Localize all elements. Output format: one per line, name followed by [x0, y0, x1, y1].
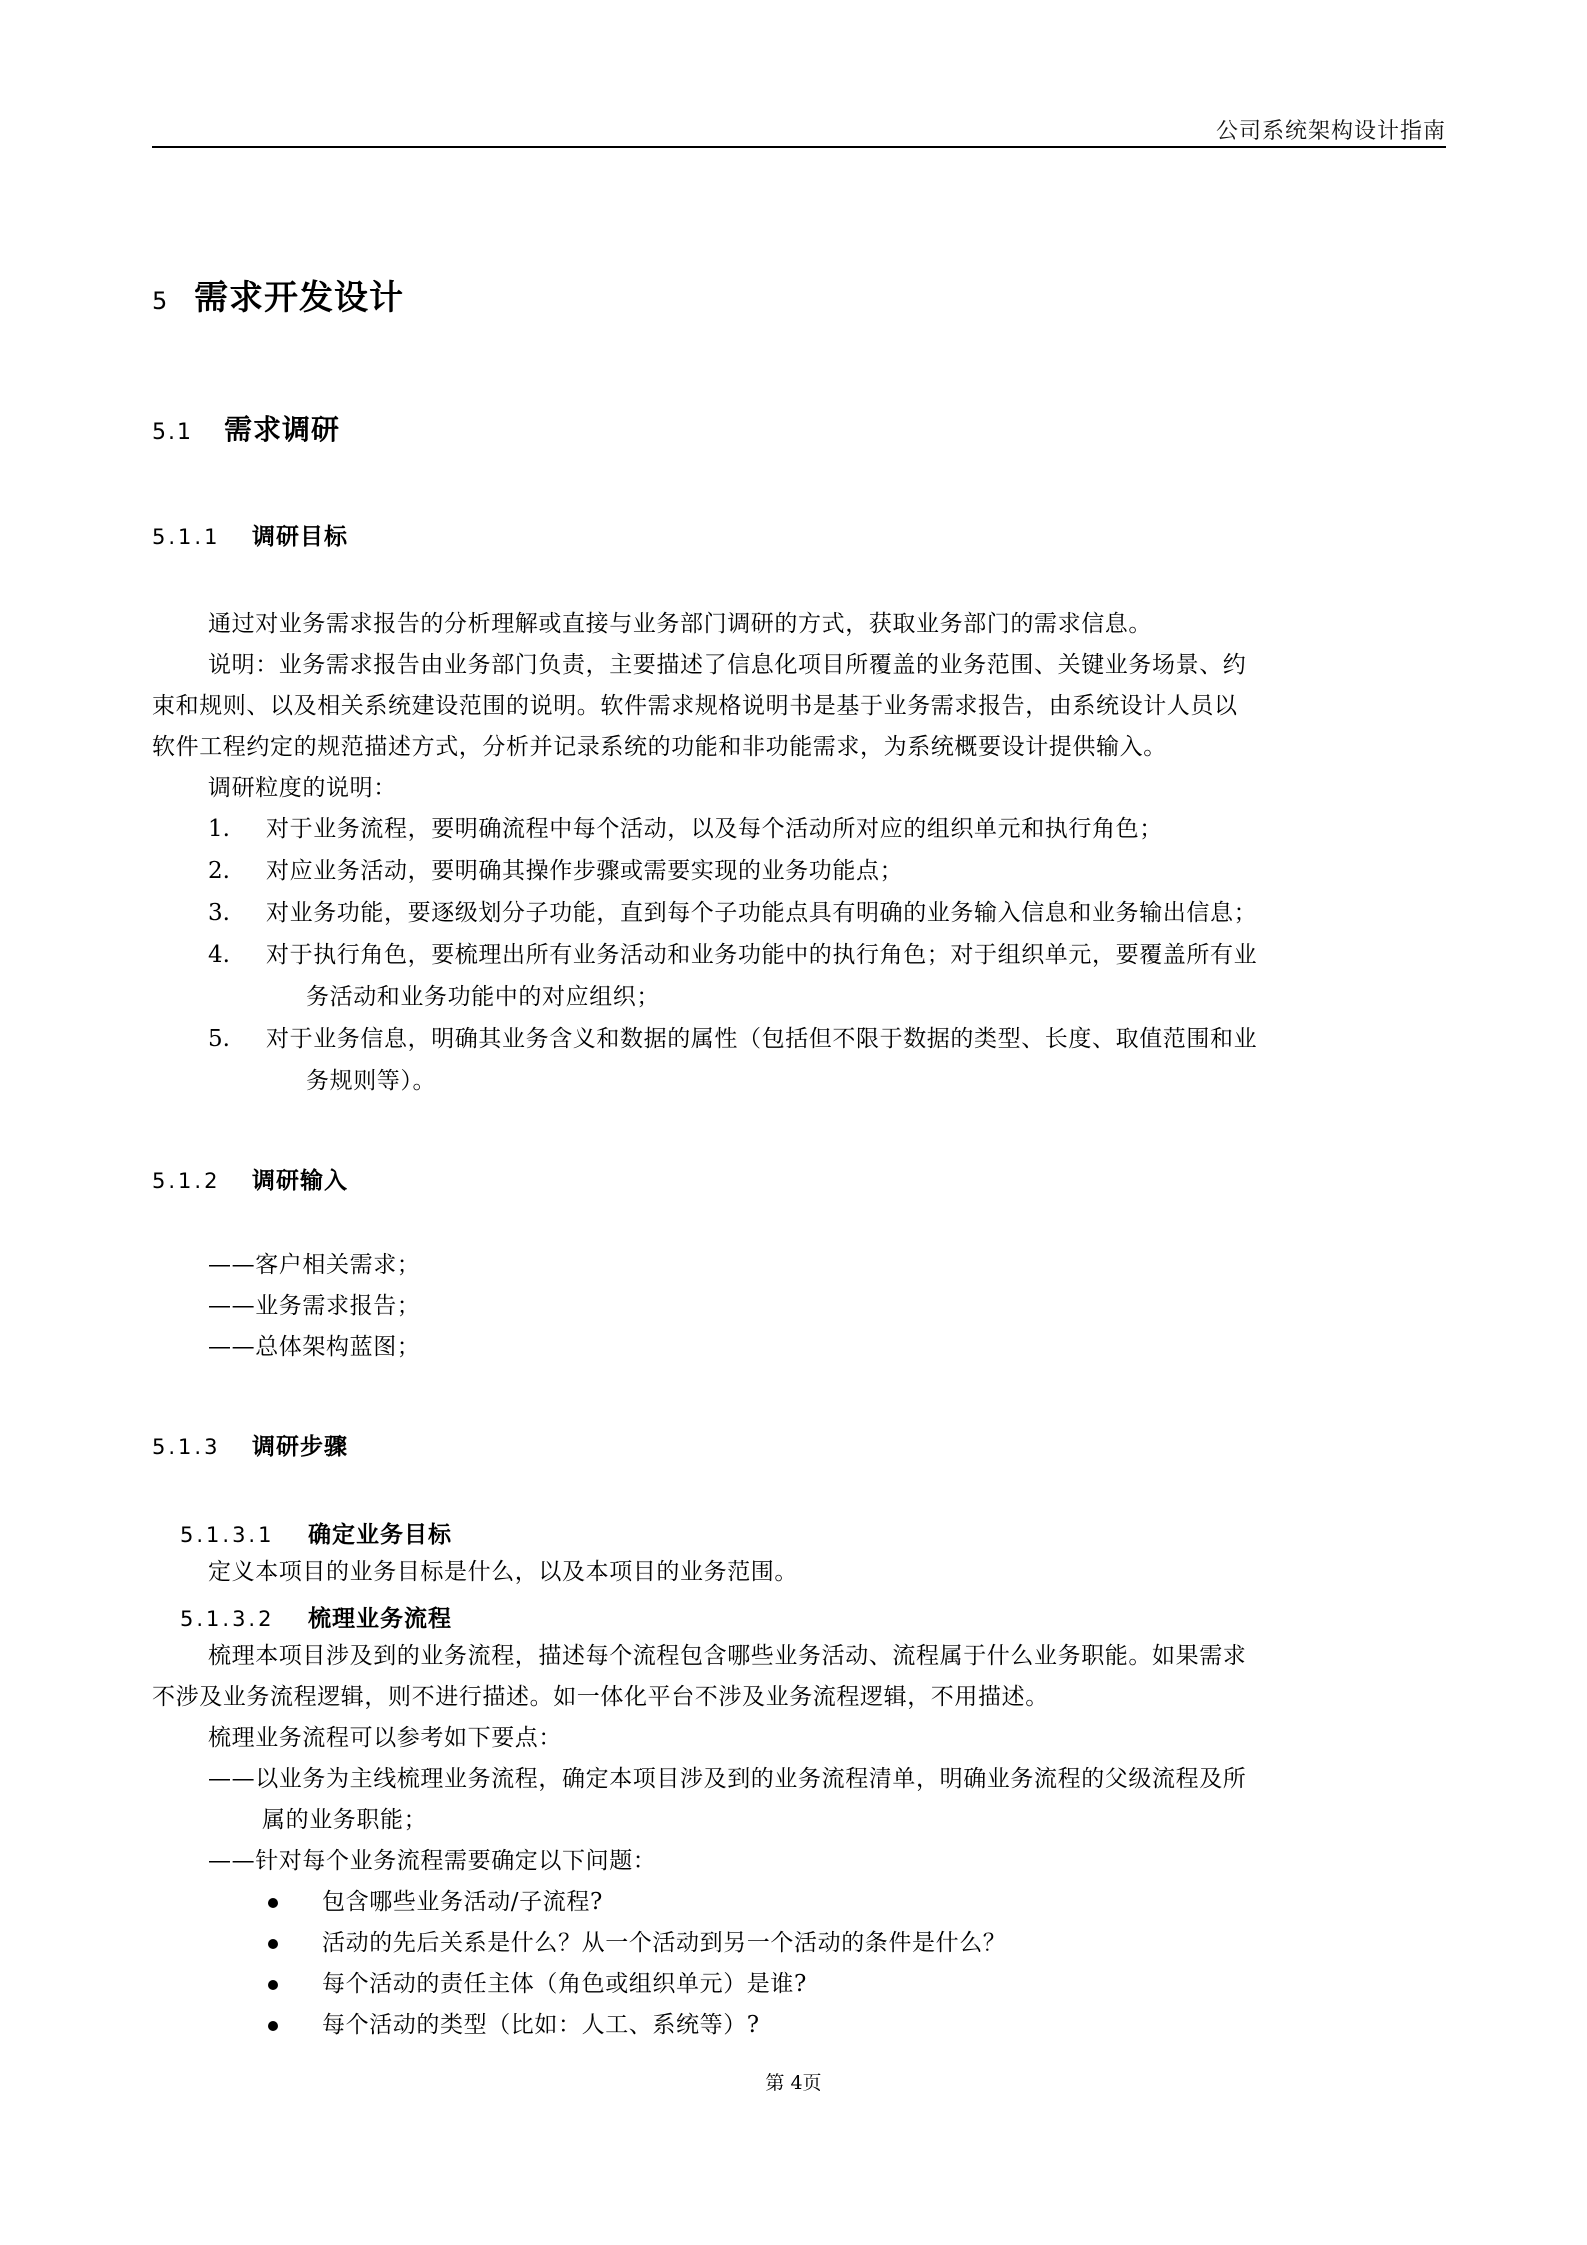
section-heading-5-1-3: 5.1.3 调研步骤 [152, 1428, 348, 1461]
bullet-item: 包含哪些业务活动/子流程? [322, 1887, 603, 1917]
section-heading-5-1-1: 5.1.1 调研目标 [152, 518, 348, 551]
bullet-item: 每个活动的责任主体（角色或组织单元）是谁? [322, 1969, 807, 1999]
bullet-item: 活动的先后关系是什么？从一个活动到另一个活动的条件是什么？ [322, 1928, 1006, 1958]
section-number: 5.1.3.1 [180, 1523, 308, 1547]
section-heading-5-1-3-2: 5.1.3.2 梳理业务流程 [180, 1600, 452, 1633]
section-number: 5.1.3.2 [180, 1607, 308, 1631]
section-heading-5-1-2: 5.1.2 调研输入 [152, 1162, 348, 1195]
list-number: 2. [208, 856, 230, 886]
section-title: 调研输入 [252, 1162, 348, 1195]
paragraph-line: 束和规则、以及相关系统建设范围的说明。软件需求规格说明书是基于业务需求报告，由系… [152, 691, 1238, 721]
input-item: ——业务需求报告； [208, 1291, 420, 1321]
list-item: 对于业务流程，要明确流程中每个活动，以及每个活动所对应的组织单元和执行角色； [266, 814, 1163, 844]
list-number: 1. [208, 814, 230, 844]
dash-item-continuation: 属的业务职能； [262, 1805, 427, 1835]
chapter-number: 5 [152, 287, 194, 315]
list-item: 对应业务活动，要明确其操作步骤或需要实现的业务功能点； [266, 856, 903, 886]
section-number: 5.1.1 [152, 525, 252, 549]
section-title: 梳理业务流程 [308, 1600, 452, 1633]
list-number: 3. [208, 898, 230, 928]
section-number: 5.1.2 [152, 1169, 252, 1193]
list-item-continuation: 务规则等）。 [306, 1066, 436, 1096]
chapter-heading: 5 需求开发设计 [152, 270, 404, 319]
paragraph-line: 说明：业务需求报告由业务部门负责，主要描述了信息化项目所覆盖的业务范围、关键业务… [208, 650, 1246, 680]
dash-item: ——以业务为主线梳理业务流程，确定本项目涉及到的业务流程清单，明确业务流程的父级… [208, 1764, 1246, 1794]
document-title: 公司系统架构设计指南 [1216, 114, 1446, 145]
bullet-item: 每个活动的类型（比如：人工、系统等）? [322, 2010, 760, 2040]
list-item-continuation: 务活动和业务功能中的对应组织； [306, 982, 660, 1012]
page-number: 第 4页 [0, 2068, 1587, 2095]
dash-item: ——针对每个业务流程需要确定以下问题： [208, 1846, 656, 1876]
paragraph-line: 调研粒度的说明： [208, 773, 397, 803]
section-number: 5.1.3 [152, 1435, 252, 1459]
list-item: 对于业务信息，明确其业务含义和数据的属性（包括但不限于数据的类型、长度、取值范围… [266, 1024, 1257, 1054]
section-title: 确定业务目标 [308, 1516, 452, 1549]
bullet-icon [268, 1939, 278, 1949]
section-number: 5.1 [152, 420, 224, 445]
input-item: ——总体架构蓝图； [208, 1332, 420, 1362]
paragraph-line: 梳理本项目涉及到的业务流程，描述每个流程包含哪些业务活动、流程属于什么业务职能。… [208, 1641, 1246, 1671]
paragraph-line: 定义本项目的业务目标是什么，以及本项目的业务范围。 [208, 1557, 798, 1587]
chapter-title: 需求开发设计 [194, 270, 404, 319]
section-title: 调研步骤 [252, 1428, 348, 1461]
page-header: 公司系统架构设计指南 [152, 108, 1446, 148]
list-item: 对于执行角色，要梳理出所有业务活动和业务功能中的执行角色；对于组织单元，要覆盖所… [266, 940, 1257, 970]
bullet-icon [268, 1980, 278, 1990]
list-number: 5. [208, 1024, 230, 1054]
paragraph-line: 不涉及业务流程逻辑，则不进行描述。如一体化平台不涉及业务流程逻辑，不用描述。 [152, 1682, 1049, 1712]
list-number: 4. [208, 940, 230, 970]
bullet-icon [268, 2021, 278, 2031]
paragraph-line: 通过对业务需求报告的分析理解或直接与业务部门调研的方式，获取业务部门的需求信息。 [208, 609, 1152, 639]
paragraph-line: 软件工程约定的规范描述方式，分析并记录系统的功能和非功能需求，为系统概要设计提供… [152, 732, 1167, 762]
bullet-icon [268, 1898, 278, 1908]
section-heading-5-1-3-1: 5.1.3.1 确定业务目标 [180, 1516, 452, 1549]
section-heading-5-1: 5.1 需求调研 [152, 408, 340, 448]
section-title: 需求调研 [224, 408, 340, 448]
section-title: 调研目标 [252, 518, 348, 551]
list-item: 对业务功能，要逐级划分子功能，直到每个子功能点具有明确的业务输入信息和业务输出信… [266, 898, 1257, 928]
input-item: ——客户相关需求； [208, 1250, 420, 1280]
paragraph-line: 梳理业务流程可以参考如下要点： [208, 1723, 562, 1753]
